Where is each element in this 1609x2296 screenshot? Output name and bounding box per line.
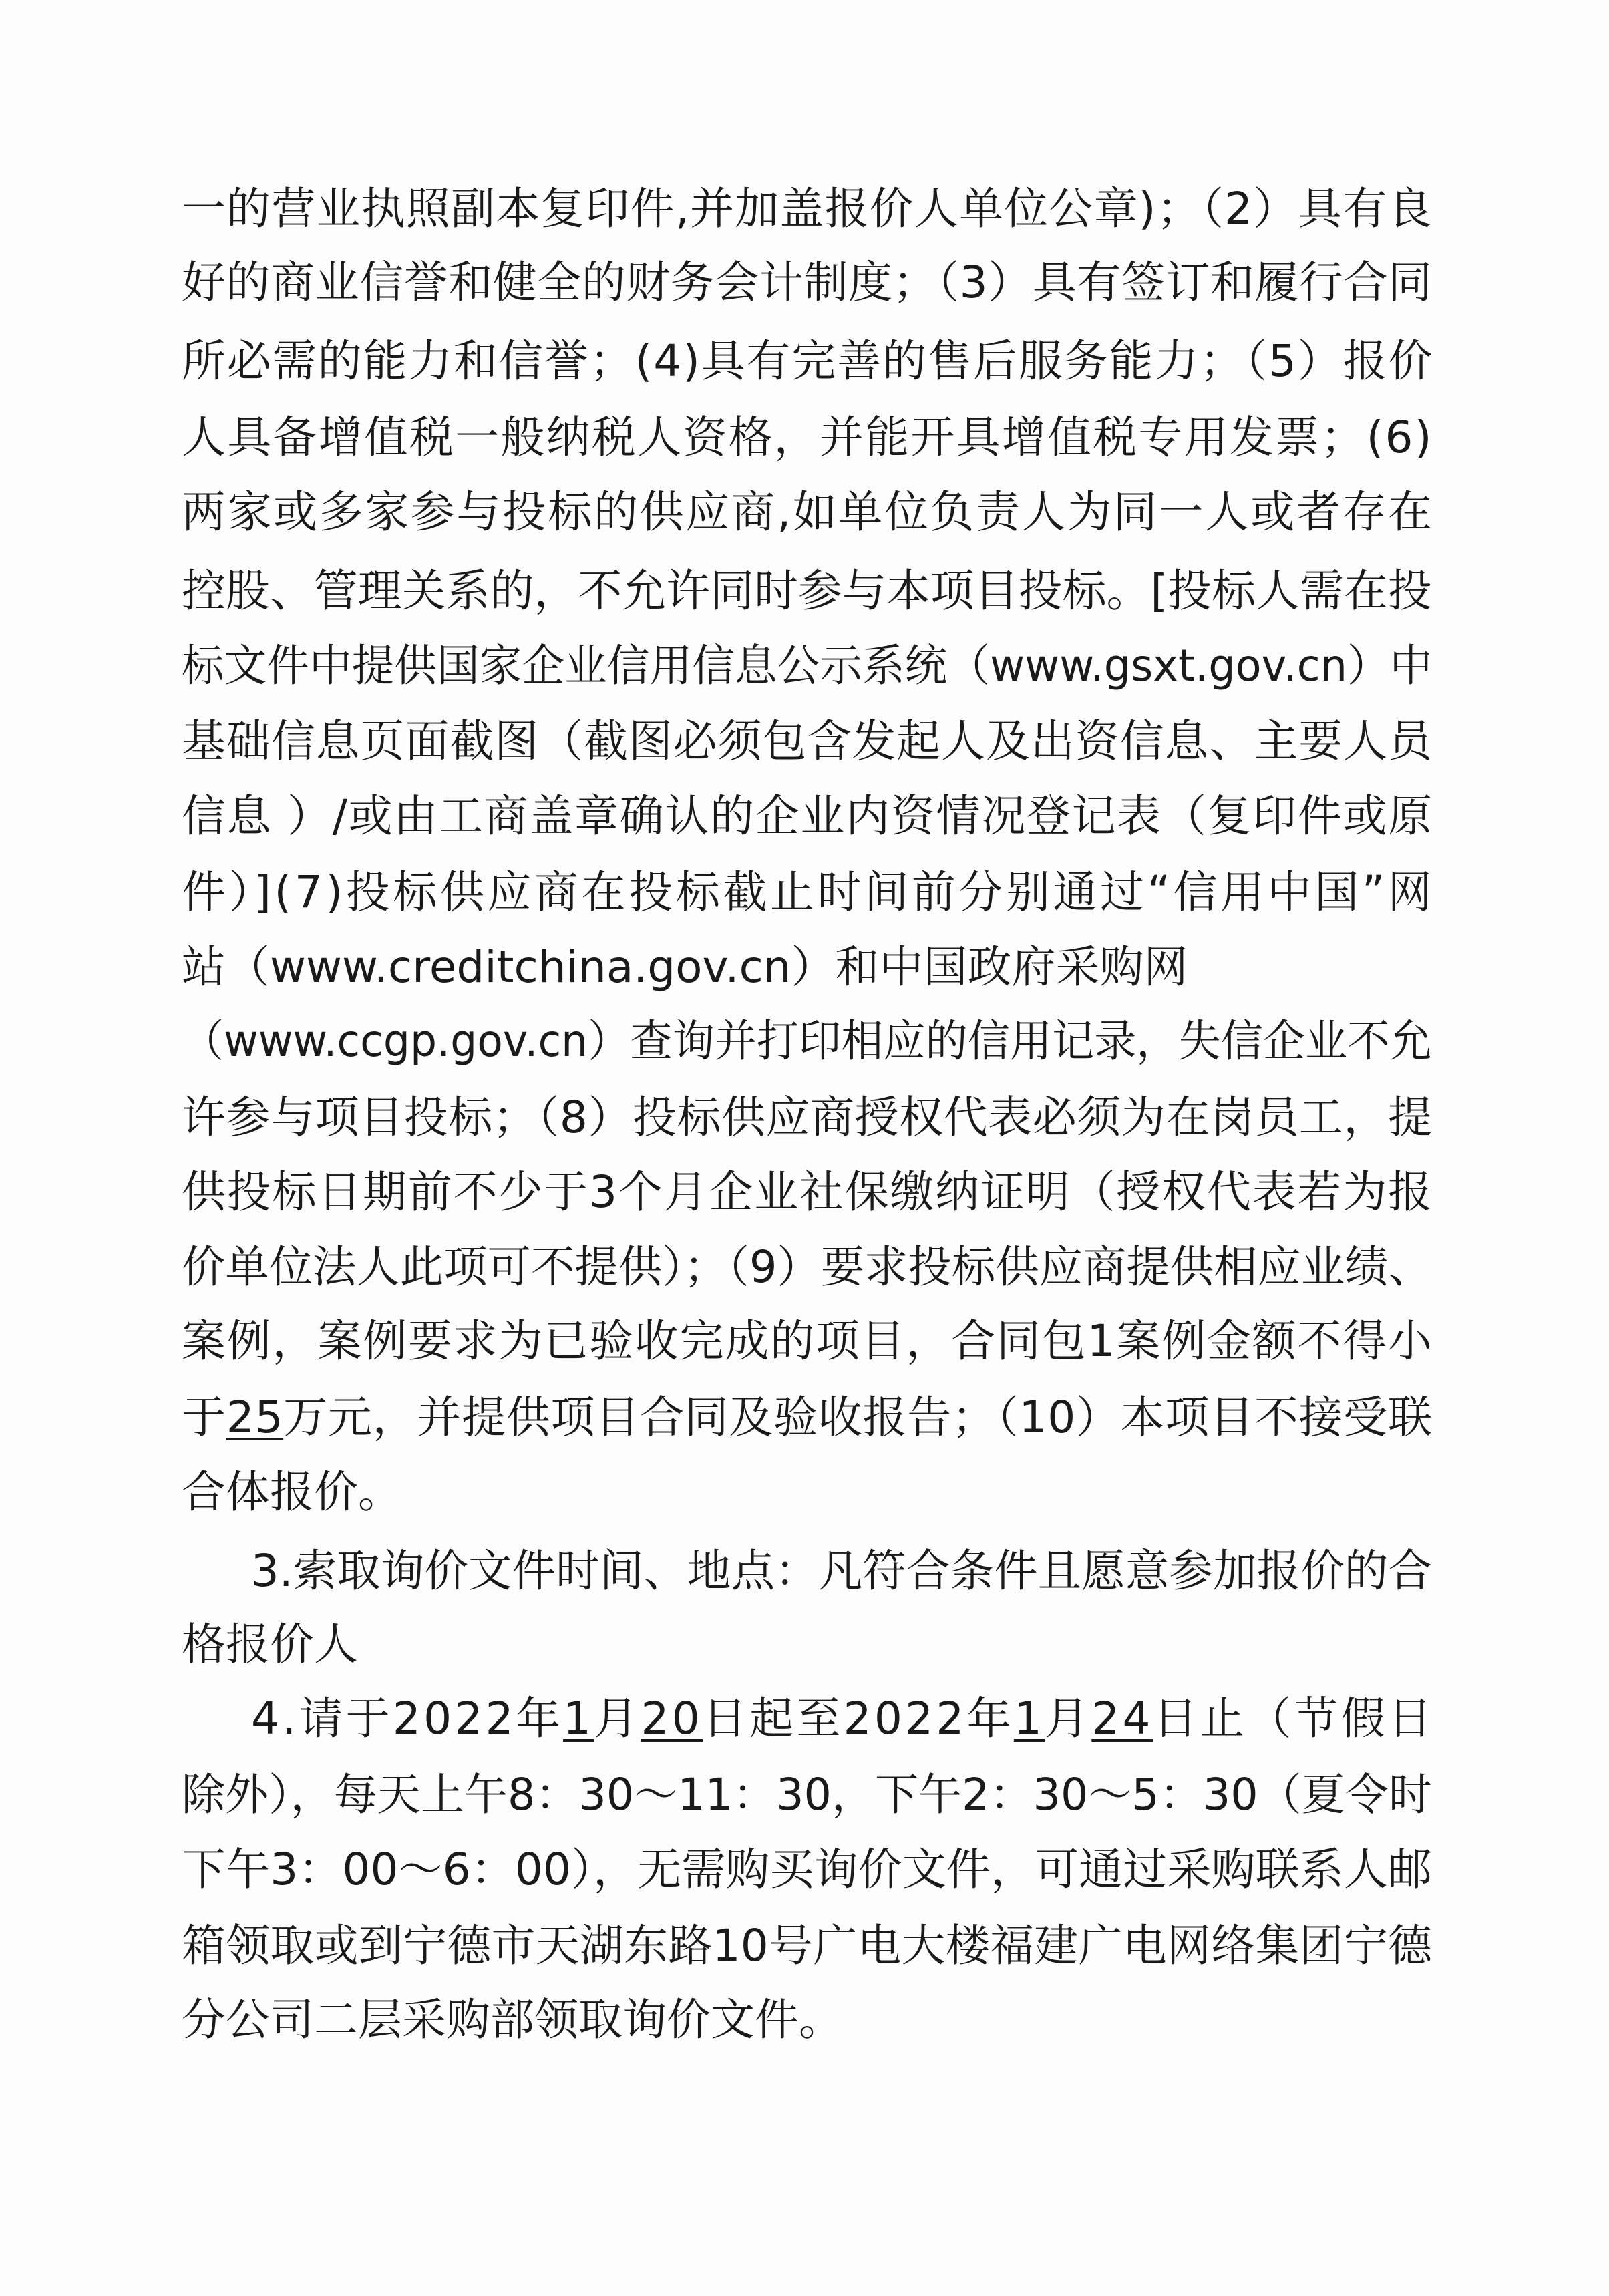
paragraph-line-amount: 于25万元，并提供项目合同及验收报告；（10）本项目不接受联: [182, 1384, 1433, 1451]
text: 年: [516, 1693, 563, 1744]
text: 万元，并提供项目合同及验收报告；（10）本项目不接受联: [283, 1391, 1433, 1443]
text: 日止（节假日: [1153, 1693, 1435, 1744]
paragraph-line: 信息 ）/或由工商盖章确认的企业内资情况登记表（复印件或原: [182, 783, 1433, 850]
section-4-line: 分公司二层采购部领取询价文件。: [182, 1987, 843, 2054]
end-day: 24: [1091, 1693, 1153, 1744]
section-4-line: 下午3：00～6：00），无需购买询价文件，可通过采购联系人邮: [182, 1836, 1432, 1903]
paragraph-line: 所必需的能力和信誉；(4)具有完善的售后服务能力；（5）报价: [182, 328, 1433, 395]
paragraph-line: 价单位法人此项可不提供）；（9）要求投标供应商提供相应业绩、: [182, 1234, 1432, 1301]
document-page: 一的营业执照副本复印件,并加盖报价人单位公章)；（2）具有良 好的商业信誉和健全…: [0, 0, 1609, 2296]
paragraph-line: 合体报价。: [182, 1459, 402, 1526]
section-4-line: 除外），每天上午8：30～11：30，下午2：30～5：30（夏令时: [182, 1762, 1432, 1828]
start-year: 2022: [393, 1693, 516, 1744]
paragraph-line: 好的商业信誉和健全的财务会计制度；（3）具有签订和履行合同: [182, 249, 1433, 316]
paragraph-line: 案例，案例要求为已验收完成的项目，合同包1案例金额不得小: [182, 1308, 1433, 1375]
section-4-dates: 4.请于2022年1月20日起至2022年1月24日止（节假日: [251, 1685, 1435, 1752]
end-year: 2022: [844, 1693, 967, 1744]
end-month: 1: [1014, 1693, 1045, 1744]
text: 月: [1045, 1693, 1091, 1744]
text: 4.请于: [251, 1693, 393, 1744]
paragraph-line: 控股、管理关系的，不允许同时参与本项目投标。[投标人需在投: [182, 558, 1432, 625]
paragraph-line: 供投标日期前不少于3个月企业社保缴纳证明（授权代表若为报: [182, 1159, 1433, 1226]
paragraph-line: （www.ccgp.gov.cn）查询并打印相应的信用记录，失信企业不允: [182, 1008, 1432, 1075]
paragraph-line: 站（www.creditchina.gov.cn）和中国政府采购网: [182, 934, 1188, 1001]
start-day: 20: [641, 1693, 703, 1744]
paragraph-line: 基础信息页面截图（截图必须包含发起人及出资信息、主要人员: [182, 708, 1433, 775]
section-3-heading: 3.索取询价文件时间、地点：凡符合条件且愿意参加报价的合: [251, 1538, 1432, 1605]
section-4-line: 箱领取或到宁德市天湖东路10号广电大楼福建广电网络集团宁德: [182, 1913, 1432, 1979]
text: 年: [967, 1693, 1014, 1744]
section-3-line: 格报价人: [182, 1611, 358, 1678]
paragraph-line: 许参与项目投标；（8）投标供应商授权代表必须为在岗员工，提: [182, 1084, 1433, 1151]
text: 日起至: [703, 1693, 844, 1744]
amount-value: 25: [226, 1391, 283, 1443]
paragraph-line: 一的营业执照副本复印件,并加盖报价人单位公章)；（2）具有良: [182, 176, 1433, 242]
text: 月: [594, 1693, 641, 1744]
text: 于: [182, 1391, 226, 1443]
paragraph-line: 标文件中提供国家企业信用信息公示系统（www.gsxt.gov.cn）中: [182, 633, 1432, 699]
start-month: 1: [563, 1693, 594, 1744]
paragraph-line: 件）](7)投标供应商在投标截止时间前分别通过“信用中国”网: [182, 859, 1435, 926]
paragraph-line: 两家或多家参与投标的供应商,如单位负责人为同一人或者存在: [182, 479, 1434, 546]
paragraph-line: 人具备增值税一般纳税人资格，并能开具增值税专用发票；(6): [182, 404, 1433, 471]
